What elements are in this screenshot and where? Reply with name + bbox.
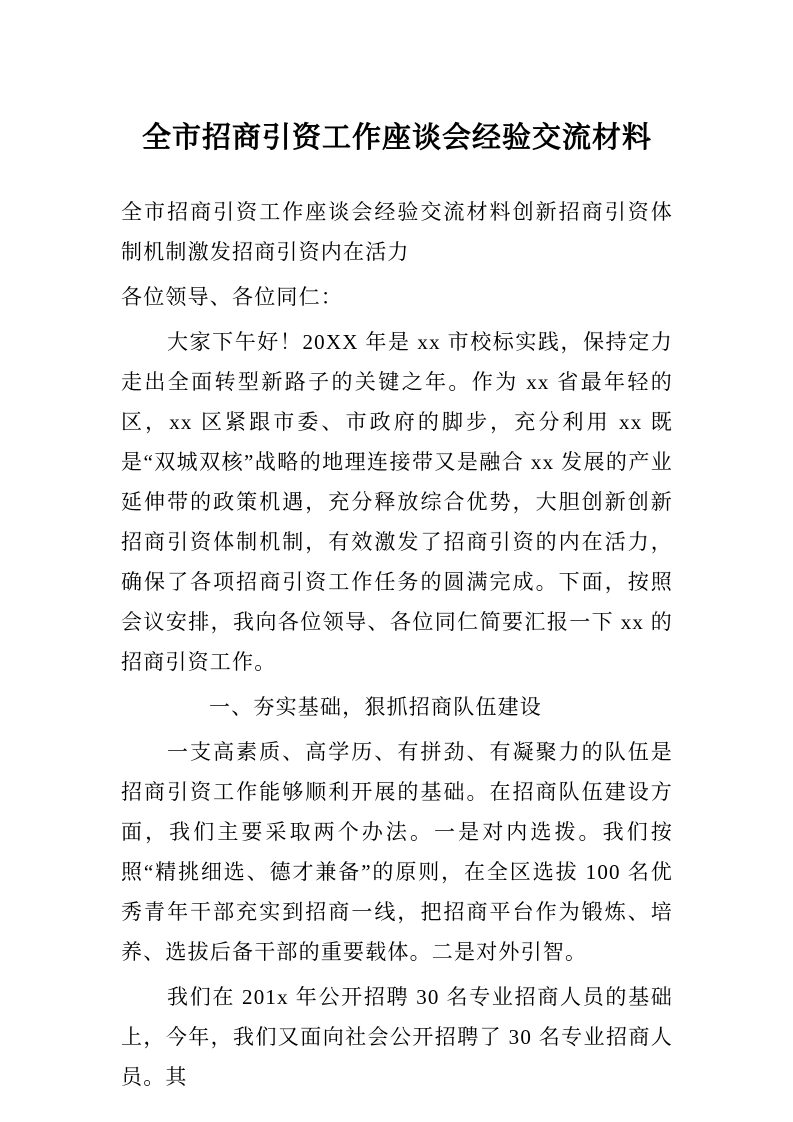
paragraph-salutation: 各位领导、各位同仁： [121, 277, 673, 317]
document-title: 全市招商引资工作座谈会经验交流材料 [121, 116, 673, 160]
paragraph-section-heading: 一、夯实基础，狠抓招商队伍建设 [121, 687, 673, 727]
paragraph-subtitle: 全市招商引资工作座谈会经验交流材料创新招商引资体制机制激发招商引资内在活力 [121, 192, 673, 272]
paragraph-team-building: 一支高素质、高学历、有拼劲、有凝聚力的队伍是招商引资工作能够顺利开展的基础。在招… [121, 732, 673, 972]
document-page: 全市招商引资工作座谈会经验交流材料 全市招商引资工作座谈会经验交流材料创新招商引… [0, 0, 793, 1122]
paragraph-recruitment: 我们在 201x 年公开招聘 30 名专业招商人员的基础上，今年，我们又面向社会… [121, 977, 673, 1097]
document-content: 全市招商引资工作座谈会经验交流材料 全市招商引资工作座谈会经验交流材料创新招商引… [0, 0, 793, 1097]
paragraph-intro: 大家下午好！20XX 年是 xx 市校标实践，保持定力走出全面转型新路子的关键之… [121, 322, 673, 682]
